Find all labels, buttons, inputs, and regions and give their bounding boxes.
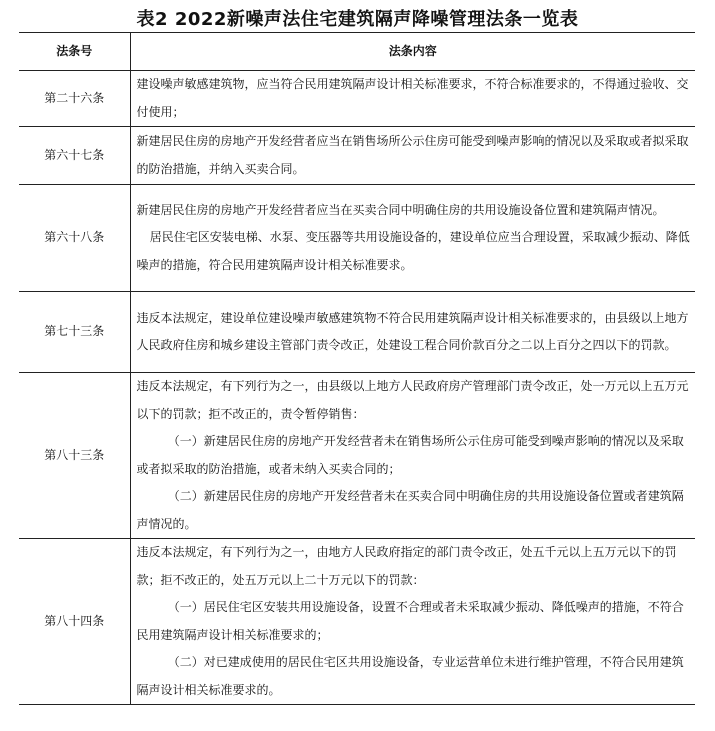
table-row: 第二十六条 建设噪声敏感建筑物，应当符合民用建筑隔声设计相关标准要求，不符合标准… [19,71,695,127]
table-row: 第六十七条 新建居民住房的房地产开发经营者应当在销售场所公示住房可能受到噪声影响… [19,127,695,185]
article-paragraph: 违反本法规定，有下列行为之一，由县级以上地方人民政府房产管理部门责令改正，处一万… [137,373,692,428]
article-content: 建设噪声敏感建筑物，应当符合民用建筑隔声设计相关标准要求，不符合标准要求的，不得… [130,71,695,127]
table-header-row: 法条号 法条内容 [19,33,695,71]
law-articles-table: 法条号 法条内容 第二十六条 建设噪声敏感建筑物，应当符合民用建筑隔声设计相关标… [19,32,695,705]
article-number: 第六十八条 [19,185,130,292]
table-row: 第七十三条 违反本法规定，建设单位建设噪声敏感建筑物不符合民用建筑隔声设计相关标… [19,292,695,373]
article-paragraph: 建设噪声敏感建筑物，应当符合民用建筑隔声设计相关标准要求，不符合标准要求的，不得… [137,71,692,126]
article-paragraph: 违反本法规定，建设单位建设噪声敏感建筑物不符合民用建筑隔声设计相关标准要求的，由… [137,305,692,360]
article-number: 第二十六条 [19,71,130,127]
article-content: 违反本法规定，有下列行为之一，由县级以上地方人民政府房产管理部门责令改正，处一万… [130,373,695,539]
article-paragraph: 新建居民住房的房地产开发经营者应当在买卖合同中明确住房的共用设施设备位置和建筑隔… [137,197,692,225]
article-clause: （一）新建居民住房的房地产开发经营者未在销售场所公示住房可能受到噪声影响的情况以… [137,428,692,483]
header-article-content: 法条内容 [130,33,695,71]
table-title: 表2 2022新噪声法住宅建筑隔声降噪管理法条一览表 [0,5,715,31]
table-row: 第八十三条 违反本法规定，有下列行为之一，由县级以上地方人民政府房产管理部门责令… [19,373,695,539]
article-paragraph: 居民住宅区安装电梯、水泵、变压器等共用设施设备的，建设单位应当合理设置，采取减少… [137,224,692,279]
article-paragraph: 违反本法规定，有下列行为之一，由地方人民政府指定的部门责令改正，处五千元以上五万… [137,539,692,594]
article-content: 新建居民住房的房地产开发经营者应当在买卖合同中明确住房的共用设施设备位置和建筑隔… [130,185,695,292]
article-content: 违反本法规定，建设单位建设噪声敏感建筑物不符合民用建筑隔声设计相关标准要求的，由… [130,292,695,373]
article-clause: （一）居民住宅区安装共用设施设备，设置不合理或者未采取减少振动、降低噪声的措施，… [137,594,692,649]
article-number: 第六十七条 [19,127,130,185]
article-content: 违反本法规定，有下列行为之一，由地方人民政府指定的部门责令改正，处五千元以上五万… [130,539,695,705]
article-number: 第八十四条 [19,539,130,705]
table-row: 第六十八条 新建居民住房的房地产开发经营者应当在买卖合同中明确住房的共用设施设备… [19,185,695,292]
table-row: 第八十四条 违反本法规定，有下列行为之一，由地方人民政府指定的部门责令改正，处五… [19,539,695,705]
article-number: 第七十三条 [19,292,130,373]
header-article-number: 法条号 [19,33,130,71]
article-clause: （二）对已建成使用的居民住宅区共用设施设备，专业运营单位未进行维护管理，不符合民… [137,649,692,704]
article-number: 第八十三条 [19,373,130,539]
article-clause: （二）新建居民住房的房地产开发经营者未在买卖合同中明确住房的共用设施设备位置或者… [137,483,692,538]
article-paragraph: 新建居民住房的房地产开发经营者应当在销售场所公示住房可能受到噪声影响的情况以及采… [137,128,692,183]
article-content: 新建居民住房的房地产开发经营者应当在销售场所公示住房可能受到噪声影响的情况以及采… [130,127,695,185]
